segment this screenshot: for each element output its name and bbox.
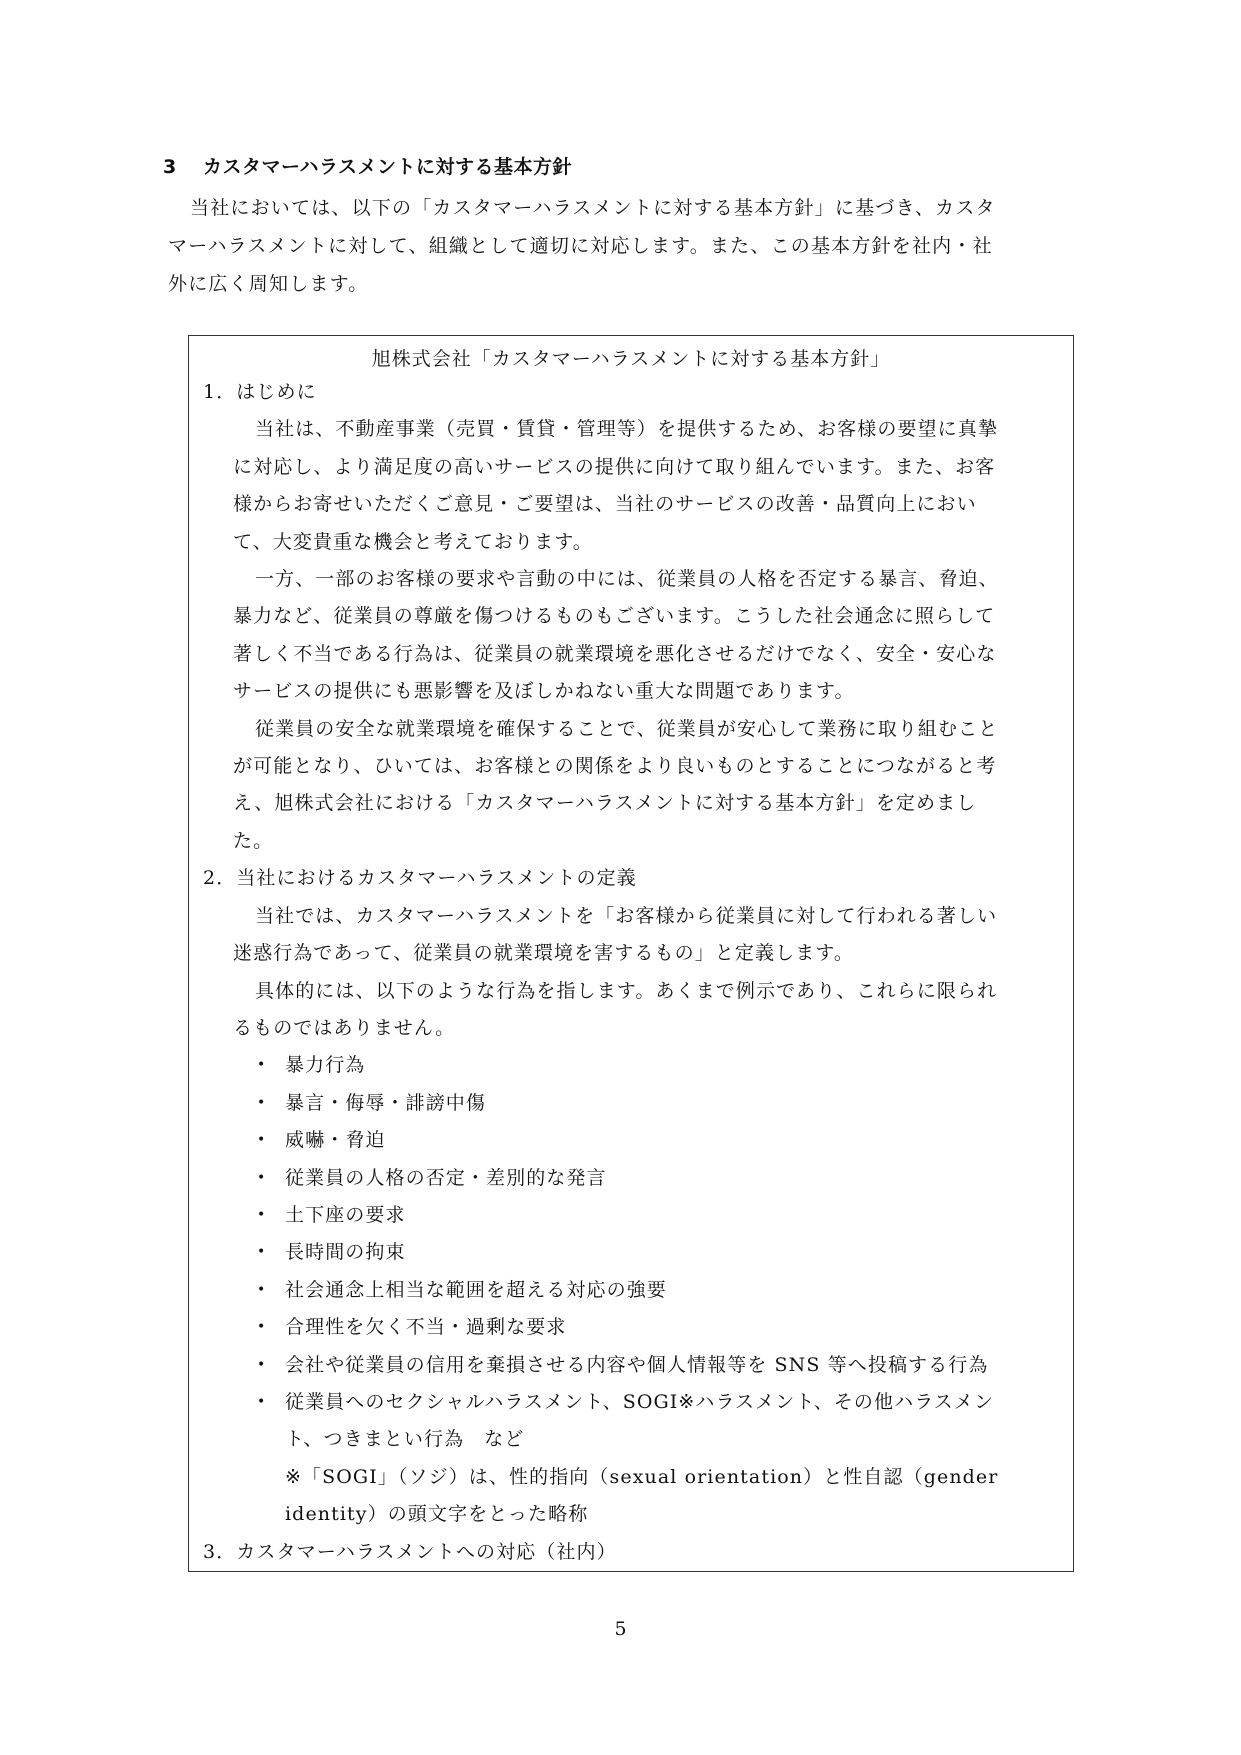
- list-item: •暴力行為: [203, 1047, 1063, 1084]
- bullet-icon: •: [257, 1234, 266, 1271]
- intro-line: 当社においては、以下の「カスタマーハラスメントに対する基本方針」に基づき、カスタ: [168, 189, 1080, 227]
- bullet-icon: •: [257, 1085, 266, 1122]
- bullet-icon: •: [257, 1122, 266, 1159]
- paragraph-line: 従業員の安全な就業環境を確保することで、従業員が安心して業務に取り組むこと: [203, 711, 1063, 748]
- list-item: •会社や従業員の信用を棄損させる内容や個人情報等を SNS 等へ投稿する行為: [203, 1347, 1063, 1384]
- paragraph-line: 当社は、不動産事業（売買・賃貸・管理等）を提供するため、お客様の要望に真摯: [203, 411, 1063, 448]
- paragraph-line: 当社では、カスタマーハラスメントを「お客様から従業員に対して行われる著しい: [203, 898, 1063, 935]
- paragraph-line: 様からお寄せいただくご意見・ご要望は、当社のサービスの改善・品質向上におい: [203, 486, 1063, 523]
- paragraph-line: 著しく不当である行為は、従業員の就業環境を悪化させるだけでなく、安全・安心な: [203, 636, 1063, 673]
- list-item: •暴言・侮辱・誹謗中傷: [203, 1085, 1063, 1122]
- paragraph-line: が可能となり、ひいては、お客様との関係をより良いものとすることにつながると考: [203, 748, 1063, 785]
- list-item: •威嚇・脅迫: [203, 1122, 1063, 1159]
- policy-title: 旭株式会社「カスタマーハラスメントに対する基本方針」: [189, 344, 1073, 374]
- list-item: •従業員の人格の否定・差別的な発言: [203, 1160, 1063, 1197]
- paragraph-line: るものではありません。: [203, 1010, 1063, 1047]
- bullet-icon: •: [257, 1160, 266, 1197]
- paragraph-line: に対応し、より満足度の高いサービスの提供に向けて取り組んでいます。また、お客: [203, 449, 1063, 486]
- policy-section-heading: 3．カスタマーハラスメントへの対応（社内）: [203, 1534, 1063, 1571]
- policy-box: 旭株式会社「カスタマーハラスメントに対する基本方針」 1．はじめに 当社は、不動…: [188, 335, 1074, 1572]
- page-number: 5: [0, 1615, 1241, 1643]
- policy-section-heading: 2．当社におけるカスタマーハラスメントの定義: [203, 860, 1063, 897]
- paragraph-line: 迷惑行為であって、従業員の就業環境を害するもの」と定義します。: [203, 935, 1063, 972]
- paragraph-line: て、大変貴重な機会と考えております。: [203, 524, 1063, 561]
- list-item: •合理性を欠く不当・過剰な要求: [203, 1309, 1063, 1346]
- sogi-footnote-line: identity）の頭文字をとった略称: [203, 1496, 1063, 1533]
- section-title: カスタマーハラスメントに対する基本方針: [203, 156, 572, 178]
- section-number: 3: [163, 152, 203, 182]
- list-item: •長時間の拘束: [203, 1234, 1063, 1271]
- section-intro: 当社においては、以下の「カスタマーハラスメントに対する基本方針」に基づき、カスタ…: [168, 189, 1080, 303]
- bullet-icon: •: [257, 1347, 266, 1384]
- policy-section-heading: 1．はじめに: [203, 374, 1063, 411]
- paragraph-line: え、旭株式会社における「カスタマーハラスメントに対する基本方針」を定めまし: [203, 785, 1063, 822]
- list-item: •社会通念上相当な範囲を超える対応の強要: [203, 1272, 1063, 1309]
- bullet-icon: •: [257, 1197, 266, 1234]
- bullet-icon: •: [257, 1309, 266, 1346]
- list-item: •従業員へのセクシャルハラスメント、SOGI※ハラスメント、その他ハラスメント、…: [203, 1384, 1063, 1459]
- policy-body: 1．はじめに 当社は、不動産事業（売買・賃貸・管理等）を提供するため、お客様の要…: [203, 374, 1063, 1571]
- paragraph-line: 具体的には、以下のような行為を指します。あくまで例示であり、これらに限られ: [203, 973, 1063, 1010]
- paragraph-line: 一方、一部のお客様の要求や言動の中には、従業員の人格を否定する暴言、脅迫、: [203, 561, 1063, 598]
- bullet-icon: •: [257, 1384, 266, 1421]
- intro-line: 外に広く周知します。: [168, 265, 1080, 303]
- section-heading: 3カスタマーハラスメントに対する基本方針: [163, 152, 572, 182]
- paragraph-line: た。: [203, 823, 1063, 860]
- sogi-footnote-line: ※「SOGI」（ソジ）は、性的指向（sexual orientation）と性自…: [203, 1459, 1063, 1496]
- bullet-icon: •: [257, 1272, 266, 1309]
- intro-line: マーハラスメントに対して、組織として適切に対応します。また、この基本方針を社内・…: [168, 227, 1080, 265]
- list-item: •土下座の要求: [203, 1197, 1063, 1234]
- bullet-icon: •: [257, 1047, 266, 1084]
- harassment-examples-list: •暴力行為 •暴言・侮辱・誹謗中傷 •威嚇・脅迫 •従業員の人格の否定・差別的な…: [203, 1047, 1063, 1458]
- paragraph-line: 暴力など、従業員の尊厳を傷つけるものもございます。こうした社会通念に照らして: [203, 598, 1063, 635]
- paragraph-line: サービスの提供にも悪影響を及ぼしかねない重大な問題であります。: [203, 673, 1063, 710]
- document-page: 3カスタマーハラスメントに対する基本方針 当社においては、以下の「カスタマーハラ…: [0, 0, 1241, 1755]
